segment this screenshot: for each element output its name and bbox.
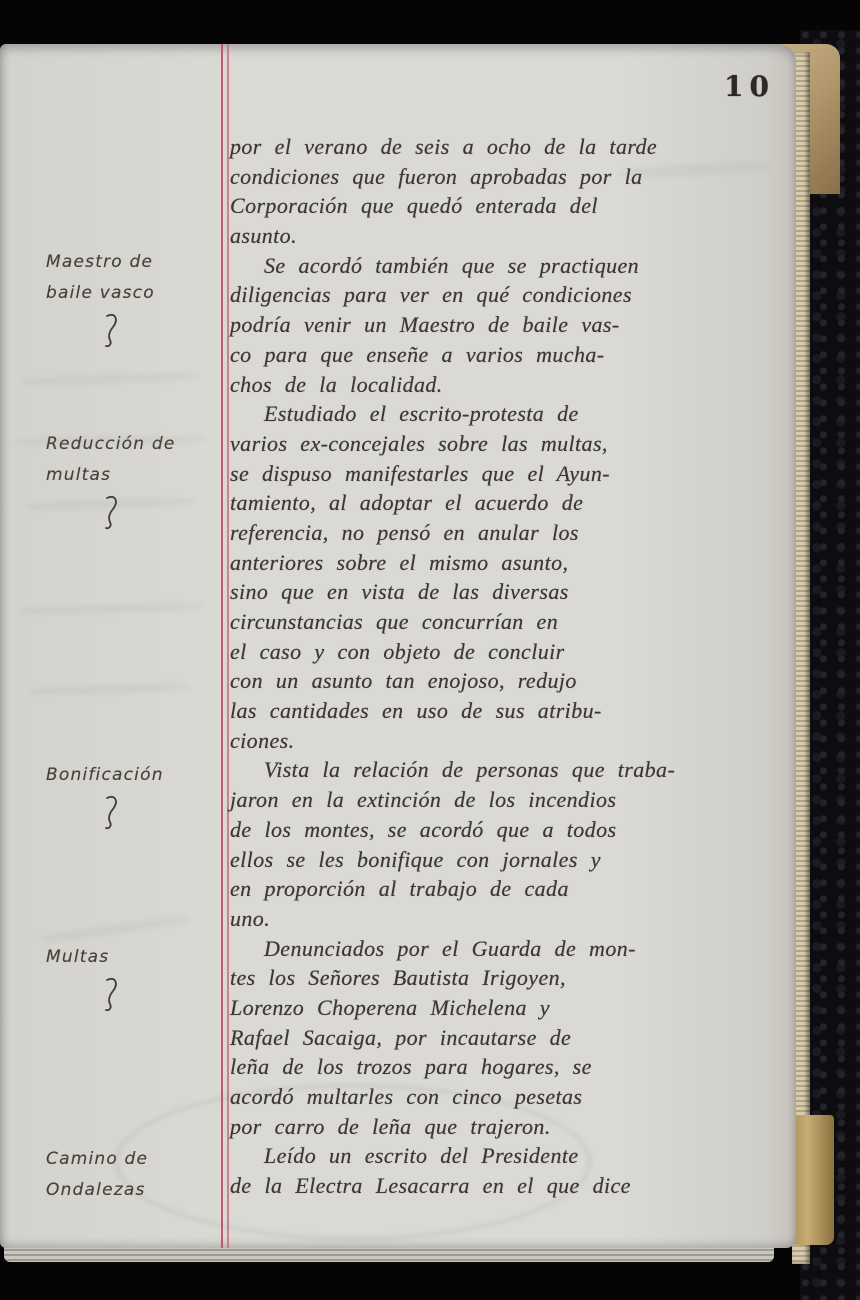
flourish-bracket-icon	[104, 795, 120, 831]
page-number: 10	[724, 70, 775, 103]
body-line: tes los Señores Bautista Irigoyen,	[230, 963, 792, 993]
margin-note-line: multas	[46, 460, 216, 491]
body-line: Denunciados por el Guarda de mon-	[230, 934, 792, 964]
body-line: en proporción al trabajo de cada	[230, 874, 792, 904]
margin-note-line: Reducción de	[46, 429, 216, 460]
margin-note-line: Bonificación	[46, 760, 216, 791]
margin-note-line: Ondalezas	[46, 1175, 216, 1206]
body-line: de la Electra Lesacarra en el que dice	[230, 1171, 792, 1201]
body-line: sino que en vista de las diversas	[230, 577, 792, 607]
margin-note: Camino deOndalezas	[46, 1144, 216, 1206]
body-line: Lorenzo Choperena Michelena y	[230, 993, 792, 1023]
margin-note-line: Camino de	[46, 1144, 216, 1175]
body-line: el caso y con objeto de concluir	[230, 637, 792, 667]
body-line: con un asunto tan enojoso, redujo	[230, 666, 792, 696]
body-line: se dispuso manifestarles que el Ayun-	[230, 459, 792, 489]
margin-note: Maestro debaile vasco	[46, 247, 216, 349]
body-line: leña de los trozos para hogares, se	[230, 1052, 792, 1082]
manuscript-page: 10 Maestro debaile vascoReducción demult…	[0, 44, 796, 1248]
body-line: Estudiado el escrito-protesta de	[230, 399, 792, 429]
scanned-manuscript-photo: 10 Maestro debaile vascoReducción demult…	[0, 0, 860, 1300]
body-line: por carro de leña que trajeron.	[230, 1112, 792, 1142]
body-line: anteriores sobre el mismo asunto,	[230, 548, 792, 578]
body-line: Leído un escrito del Presidente	[230, 1141, 792, 1171]
body-line: las cantidades en uso de sus atribu-	[230, 696, 792, 726]
body-line: ellos se les bonifique con jornales y	[230, 845, 792, 875]
flourish-bracket-icon	[104, 313, 120, 349]
body-line: ciones.	[230, 726, 792, 756]
book-cover-edge	[790, 1115, 834, 1245]
margin-note: Multas	[46, 942, 216, 1013]
body-text: por el verano de seis a ocho de la tarde…	[230, 132, 792, 1201]
body-line: Vista la relación de personas que traba-	[230, 755, 792, 785]
page-edges-bottom	[4, 1246, 774, 1262]
margin-note-line: Multas	[46, 942, 216, 973]
margin-notes: Maestro debaile vascoReducción demultasB…	[0, 44, 222, 1248]
body-line: Corporación que quedó enterada del	[230, 191, 792, 221]
margin-note: Bonificación	[46, 760, 216, 831]
body-line: varios ex-concejales sobre las multas,	[230, 429, 792, 459]
body-line: jaron en la extinción de los incendios	[230, 785, 792, 815]
body-line: referencia, no pensó en anular los	[230, 518, 792, 548]
body-line: circunstancias que concurrían en	[230, 607, 792, 637]
flourish-bracket-icon	[104, 495, 120, 531]
body-line: acordó multarles con cinco pesetas	[230, 1082, 792, 1112]
body-line: Se acordó también que se practiquen	[230, 251, 792, 281]
body-line: asunto.	[230, 221, 792, 251]
margin-rule-line-inner	[227, 44, 229, 1248]
margin-note: Reducción demultas	[46, 429, 216, 531]
body-line: por el verano de seis a ocho de la tarde	[230, 132, 792, 162]
body-line: chos de la localidad.	[230, 370, 792, 400]
margin-note-line: baile vasco	[46, 278, 216, 309]
flourish-bracket-icon	[104, 977, 120, 1013]
body-line: co para que enseñe a varios mucha-	[230, 340, 792, 370]
body-line: tamiento, al adoptar el acuerdo de	[230, 488, 792, 518]
body-line: Rafael Sacaiga, por incautarse de	[230, 1023, 792, 1053]
body-line: de los montes, se acordó que a todos	[230, 815, 792, 845]
body-line: diligencias para ver en qué condiciones	[230, 280, 792, 310]
body-line: podría venir un Maestro de baile vas-	[230, 310, 792, 340]
body-line: uno.	[230, 904, 792, 934]
body-line: condiciones que fueron aprobadas por la	[230, 162, 792, 192]
margin-note-line: Maestro de	[46, 247, 216, 278]
